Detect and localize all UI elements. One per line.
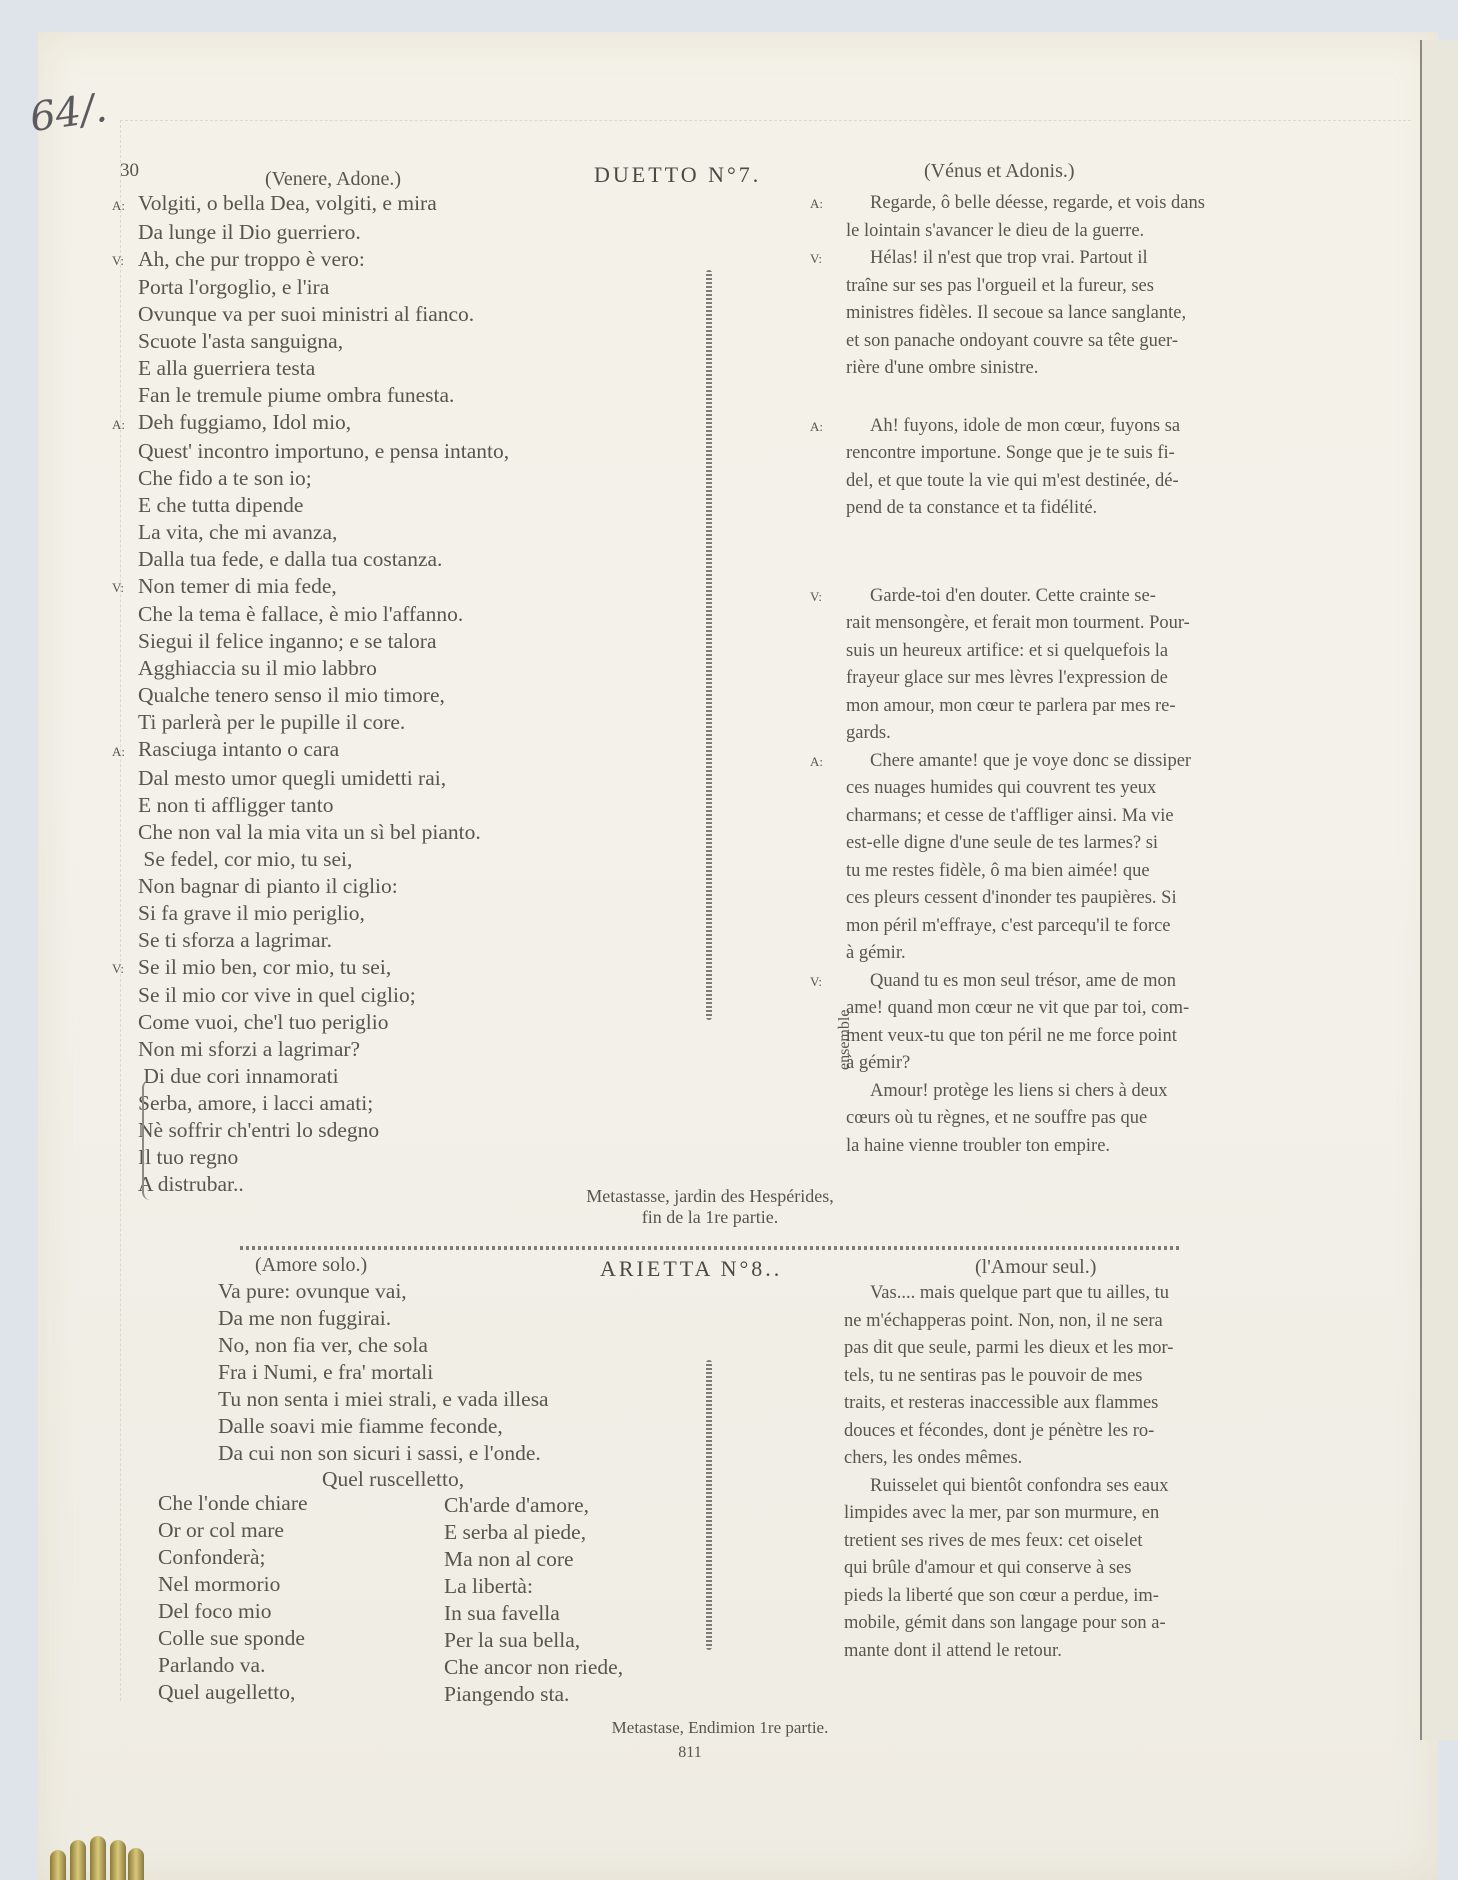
column-divider: [706, 270, 712, 1020]
verse-line: Piangendo sta.: [444, 1681, 684, 1708]
speaker-label: A:: [810, 413, 823, 441]
verse-line: Ovunque va per suoi ministri al fianco.: [112, 301, 672, 328]
next-page-edge: [1420, 40, 1458, 1740]
verse-line: Tu non senta i miei strali, e vada illes…: [218, 1386, 698, 1413]
verse-line: A:Volgiti, o bella Dea, volgiti, e mira: [112, 190, 672, 219]
verse-line: E alla guerriera testa: [112, 355, 672, 382]
verse-line: Confonderà;: [158, 1544, 378, 1571]
verse-line: Qualche tenero senso il mio timore,: [112, 682, 672, 709]
duetto-french-characters: (Vénus et Adonis.): [924, 160, 1075, 183]
arietta-italian-characters: (Amore solo.): [255, 1254, 367, 1277]
prose-line: suis un heureux artifice: et si quelquef…: [826, 638, 1306, 666]
speaker-label: V:: [112, 574, 138, 601]
verse-line: In sua favella: [444, 1600, 684, 1627]
arietta-left-column: Che l'onde chiareOr or col mareConfonder…: [158, 1490, 378, 1706]
verse-line: Dalla tua fede, e dalla tua costanza.: [112, 546, 672, 573]
speaker-label: V:: [810, 583, 822, 611]
verse-line: Se il mio cor vive in quel ciglio;: [112, 982, 672, 1009]
prose-line: cœurs où tu règnes, et ne souffre pas qu…: [826, 1105, 1306, 1133]
verse-line: La libertà:: [444, 1573, 684, 1600]
verse-text: Si fa grave il mio periglio,: [138, 901, 365, 925]
verse-line: Nel mormorio: [158, 1571, 378, 1598]
verse-text: Che non val la mia vita un sì bel pianto…: [138, 820, 481, 844]
verse-text: Che fido a te son io;: [138, 466, 312, 490]
prose-paragraph: A:Chere amante! que je voye donc se diss…: [826, 748, 1306, 968]
arietta-credit: Metastase, Endimion 1re partie.: [540, 1718, 900, 1738]
verse-text: Ovunque va per suoi ministri al fianco.: [138, 302, 474, 326]
prose-line: pend de ta constance et ta fidélité.: [826, 495, 1306, 523]
verse-text: Da lunge il Dio guerriero.: [138, 220, 361, 244]
ensemble-brace: [142, 1080, 152, 1200]
prose-line: Regarde, ô belle déesse, regarde, et voi…: [826, 190, 1306, 218]
arietta-italian-text: Va pure: ovunque vai,Da me non fuggirai.…: [218, 1278, 698, 1467]
verse-line: Ma non al core: [444, 1546, 684, 1573]
verse-text: Se ti sforza a lagrimar.: [138, 928, 332, 952]
verse-text: E che tutta dipende: [138, 493, 303, 517]
verse-text: Non bagnar di pianto il ciglio:: [138, 874, 398, 898]
prose-paragraph: V:Garde-toi d'en douter. Cette crainte s…: [826, 583, 1306, 748]
prose-line: Amour! protège les liens si chers à deux: [826, 1078, 1306, 1106]
verse-text: Rasciuga intanto o cara: [138, 737, 339, 761]
verse-text: Ah, che pur troppo è vero:: [138, 247, 365, 271]
verse-line: Or or col mare: [158, 1517, 378, 1544]
plate-number: 811: [660, 1744, 720, 1762]
verse-line: Nè soffrir ch'entri lo sdegno: [112, 1117, 672, 1144]
speaker-label: V:: [112, 955, 138, 982]
verse-line: Siegui il felice inganno; e se talora: [112, 628, 672, 655]
prose-line: Ah! fuyons, idole de mon cœur, fuyons sa: [826, 413, 1306, 441]
prose-line: frayeur glace sur mes lèvres l'expressio…: [826, 665, 1306, 693]
verse-text: Il tuo regno: [138, 1145, 238, 1169]
verse-text: Deh fuggiamo, Idol mio,: [138, 410, 351, 434]
verse-line: Dalle soavi mie fiamme feconde,: [218, 1413, 698, 1440]
column-divider-arietta: [706, 1360, 712, 1650]
section-divider: [240, 1246, 1180, 1250]
verse-text: Fan le tremule piume ombra funesta.: [138, 383, 454, 407]
speaker-label: A:: [810, 748, 823, 776]
verse-line: V:Ah, che pur troppo è vero:: [112, 246, 672, 275]
arietta-french-text: Vas.... mais quelque part que tu ailles,…: [844, 1280, 1306, 1665]
prose-line: ne m'échapperas point. Non, non, il ne s…: [844, 1308, 1306, 1336]
prose-line: mobile, gémit dans son langage pour son …: [844, 1610, 1306, 1638]
verse-text: Non temer di mia fede,: [138, 574, 337, 598]
prose-line: qui brûle d'amour et qui conserve à ses: [844, 1555, 1306, 1583]
verse-line: Fan le tremule piume ombra funesta.: [112, 382, 672, 409]
speaker-label: V:: [810, 245, 822, 273]
prose-line: ment veux-tu que ton péril ne me force p…: [826, 1023, 1306, 1051]
prose-line: rière d'une ombre sinistre.: [826, 355, 1306, 383]
verse-line: A:Deh fuggiamo, Idol mio,: [112, 409, 672, 438]
verse-line: Da me non fuggirai.: [218, 1305, 698, 1332]
verse-text: Volgiti, o bella Dea, volgiti, e mira: [138, 191, 437, 215]
ensemble-label: ensemble: [836, 1010, 854, 1070]
verse-text: Dal mesto umor quegli umidetti rai,: [138, 766, 446, 790]
prose-line: tu me restes fidèle, ô ma bien aimée! qu…: [826, 858, 1306, 886]
verse-text: Se fedel, cor mio, tu sei,: [138, 847, 352, 871]
speaker-label: A:: [810, 190, 823, 218]
prose-line: del, et que toute la vie qui m'est desti…: [826, 468, 1306, 496]
verse-text: E non ti affligger tanto: [138, 793, 333, 817]
speaker-label: V:: [112, 247, 138, 274]
prose-line: tels, tu ne sentiras pas le pouvoir de m…: [844, 1363, 1306, 1391]
verse-text: Di due cori innamorati: [138, 1064, 339, 1088]
duetto-credit: Metastasse, jardin des Hespérides, fin d…: [530, 1186, 890, 1228]
prose-line: mante dont il attend le retour.: [844, 1638, 1306, 1666]
verse-line: Se ti sforza a lagrimar.: [112, 927, 672, 954]
verse-text: Serba, amore, i lacci amati;: [138, 1091, 373, 1115]
arietta-centered-line: Quel ruscelletto,: [322, 1466, 464, 1493]
verse-text: Qualche tenero senso il mio timore,: [138, 683, 445, 707]
prose-line: la haine vienne troubler ton empire.: [826, 1133, 1306, 1161]
prose-line: tretient ses rives de mes feux: cet oise…: [844, 1528, 1306, 1556]
prose-line: traîne sur ses pas l'orgueil et la fureu…: [826, 273, 1306, 301]
verse-line: Porta l'orgoglio, e l'ira: [112, 274, 672, 301]
verse-line: Da cui non son sicuri i sassi, e l'onde.: [218, 1440, 698, 1467]
verse-text: Nè soffrir ch'entri lo sdegno: [138, 1118, 379, 1142]
prose-line: ministres fidèles. Il secoue sa lance sa…: [826, 300, 1306, 328]
prose-line: pieds la liberté que son cœur a perdue, …: [844, 1583, 1306, 1611]
verse-text: Scuote l'asta sanguigna,: [138, 329, 343, 353]
prose-line: rait mensongère, et ferait mon tourment.…: [826, 610, 1306, 638]
speaker-label: A:: [112, 192, 138, 219]
duetto-italian-characters: (Venere, Adone.): [265, 168, 401, 191]
prose-paragraph: V:Quand tu es mon seul trésor, ame de mo…: [826, 968, 1306, 1078]
prose-line: traits, et resteras inaccessible aux fla…: [844, 1390, 1306, 1418]
verse-text: Se il mio ben, cor mio, tu sei,: [138, 955, 391, 979]
prose-line: charmans; et cesse de t'affliger ainsi. …: [826, 803, 1306, 831]
verse-line: Se fedel, cor mio, tu sei,: [112, 846, 672, 873]
prose-paragraph: Amour! protège les liens si chers à deux…: [826, 1078, 1306, 1161]
verse-text: Dalla tua fede, e dalla tua costanza.: [138, 547, 442, 571]
page-holder-clip: [40, 1840, 160, 1880]
prose-line: ces pleurs cessent d'inonder tes paupièr…: [826, 885, 1306, 913]
verse-line: Fra i Numi, e fra' mortali: [218, 1359, 698, 1386]
prose-line: ces nuages humides qui couvrent tes yeux: [826, 775, 1306, 803]
verse-line: Il tuo regno: [112, 1144, 672, 1171]
prose-line: est-elle digne d'une seule de tes larmes…: [826, 830, 1306, 858]
verse-line: Colle sue sponde: [158, 1625, 378, 1652]
duetto-credit-line2: fin de la 1re partie.: [530, 1207, 890, 1228]
verse-line: Che la tema è fallace, è mio l'affanno.: [112, 601, 672, 628]
prose-line: Quand tu es mon seul trésor, ame de mon: [826, 968, 1306, 996]
verse-line: Del foco mio: [158, 1598, 378, 1625]
verse-text: Come vuoi, che'l tuo periglio: [138, 1010, 388, 1034]
verse-line: Di due cori innamorati: [112, 1063, 672, 1090]
prose-line: pas dit que seule, parmi les dieux et le…: [844, 1335, 1306, 1363]
verse-text: Siegui il felice inganno; e se talora: [138, 629, 437, 653]
prose-line: ame! quand mon cœur ne vit que par toi, …: [826, 995, 1306, 1023]
speaker-label: A:: [112, 411, 138, 438]
duetto-italian-text: A:Volgiti, o bella Dea, volgiti, e miraD…: [112, 190, 672, 1198]
prose-line: Garde-toi d'en douter. Cette crainte se-: [826, 583, 1306, 611]
verse-line: Si fa grave il mio periglio,: [112, 900, 672, 927]
verse-line: E che tutta dipende: [112, 492, 672, 519]
arietta-right-column: Ch'arde d'amore,E serba al piede,Ma non …: [444, 1492, 684, 1708]
verse-text: A distrubar..: [138, 1172, 244, 1196]
verse-line: Serba, amore, i lacci amati;: [112, 1090, 672, 1117]
verse-line: Va pure: ovunque vai,: [218, 1278, 698, 1305]
verse-line: Come vuoi, che'l tuo periglio: [112, 1009, 672, 1036]
prose-line: rencontre importune. Songe que je te sui…: [826, 440, 1306, 468]
prose-line: le lointain s'avancer le dieu de la guer…: [826, 218, 1306, 246]
verse-line: Quel augelletto,: [158, 1679, 378, 1706]
duetto-credit-line1: Metastasse, jardin des Hespérides,: [530, 1186, 890, 1207]
prose-paragraph: A:Regarde, ô belle déesse, regarde, et v…: [826, 190, 1306, 245]
prose-line: mon amour, mon cœur te parlera par mes r…: [826, 693, 1306, 721]
verse-text: Non mi sforzi a lagrimar?: [138, 1037, 360, 1061]
verse-line: No, non fia ver, che sola: [218, 1332, 698, 1359]
verse-line: Agghiaccia su il mio labbro: [112, 655, 672, 682]
verse-line: Per la sua bella,: [444, 1627, 684, 1654]
verse-line: V:Se il mio ben, cor mio, tu sei,: [112, 954, 672, 983]
verse-line: Che ancor non riede,: [444, 1654, 684, 1681]
verse-line: V:Non temer di mia fede,: [112, 573, 672, 602]
verse-text: Quest' incontro importuno, e pensa intan…: [138, 439, 509, 463]
speaker-label: V:: [810, 968, 822, 996]
prose-line: gards.: [826, 720, 1306, 748]
verse-text: Se il mio cor vive in quel ciglio;: [138, 983, 416, 1007]
verse-line: Non mi sforzi a lagrimar?: [112, 1036, 672, 1063]
prose-paragraph: V:Hélas! il n'est que trop vrai. Partout…: [826, 245, 1306, 383]
prose-line: Vas.... mais quelque part que tu ailles,…: [844, 1280, 1306, 1308]
verse-line: Ch'arde d'amore,: [444, 1492, 684, 1519]
prose-line: à gémir.: [826, 940, 1306, 968]
prose-line: mon péril m'effraye, c'est parcequ'il te…: [826, 913, 1306, 941]
verse-line: Che non val la mia vita un sì bel pianto…: [112, 819, 672, 846]
prose-paragraph: A:Ah! fuyons, idole de mon cœur, fuyons …: [826, 413, 1306, 523]
verse-line: Da lunge il Dio guerriero.: [112, 219, 672, 246]
verse-line: Ti parlerà per le pupille il core.: [112, 709, 672, 736]
prose-line: Ruisselet qui bientôt confondra ses eaux: [844, 1473, 1306, 1501]
verse-line: Quest' incontro importuno, e pensa intan…: [112, 438, 672, 465]
verse-text: Agghiaccia su il mio labbro: [138, 656, 377, 680]
verse-line: La vita, che mi avanza,: [112, 519, 672, 546]
prose-line: Hélas! il n'est que trop vrai. Partout i…: [826, 245, 1306, 273]
verse-text: Porta l'orgoglio, e l'ira: [138, 275, 329, 299]
verse-text: Che la tema è fallace, è mio l'affanno.: [138, 602, 463, 626]
verse-line: Scuote l'asta sanguigna,: [112, 328, 672, 355]
verse-line: Non bagnar di pianto il ciglio:: [112, 873, 672, 900]
prose-line: limpides avec la mer, par son murmure, e…: [844, 1500, 1306, 1528]
prose-line: et son panache ondoyant couvre sa tête g…: [826, 328, 1306, 356]
verse-text: Ti parlerà per le pupille il core.: [138, 710, 405, 734]
verse-line: E serba al piede,: [444, 1519, 684, 1546]
verse-line: Parlando va.: [158, 1652, 378, 1679]
prose-line: à gémir?: [826, 1050, 1306, 1078]
verse-line: Che l'onde chiare: [158, 1490, 378, 1517]
verse-text: E alla guerriera testa: [138, 356, 315, 380]
verse-line: E non ti affligger tanto: [112, 792, 672, 819]
page-number: 30: [120, 160, 139, 182]
verse-line: A:Rasciuga intanto o cara: [112, 736, 672, 765]
duetto-title: DUETTO N°7.: [594, 162, 761, 188]
prose-paragraph: Ruisselet qui bientôt confondra ses eaux…: [844, 1473, 1306, 1666]
prose-line: chers, les ondes mêmes.: [844, 1445, 1306, 1473]
speaker-label: A:: [112, 738, 138, 765]
verse-line: Dal mesto umor quegli umidetti rai,: [112, 765, 672, 792]
verse-text: La vita, che mi avanza,: [138, 520, 337, 544]
prose-line: douces et fécondes, dont je pénètre les …: [844, 1418, 1306, 1446]
duetto-french-text: A:Regarde, ô belle déesse, regarde, et v…: [826, 190, 1306, 1160]
arietta-french-characters: (l'Amour seul.): [975, 1256, 1096, 1279]
verse-line: Che fido a te son io;: [112, 465, 672, 492]
prose-line: Chere amante! que je voye donc se dissip…: [826, 748, 1306, 776]
prose-paragraph: Vas.... mais quelque part que tu ailles,…: [844, 1280, 1306, 1473]
